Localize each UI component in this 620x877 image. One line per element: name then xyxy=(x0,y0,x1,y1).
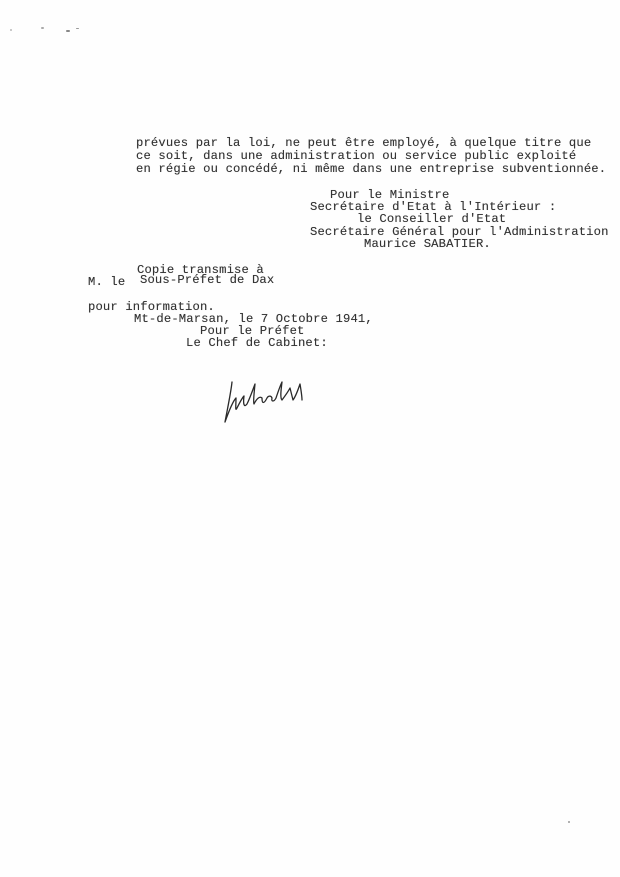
scan-speck xyxy=(41,27,44,29)
scan-speck xyxy=(568,821,570,823)
document-page: prévues par la loi, ne peut être employé… xyxy=(0,0,620,877)
ministry-line-3: le Conseiller d'Etat xyxy=(357,213,506,225)
recipient: Sous-Préfet de Dax xyxy=(140,274,274,286)
recipient-prefix: M. le xyxy=(88,276,125,288)
body-line-2: ce soit, dans une administration ou serv… xyxy=(136,150,576,162)
body-line-1: prévues par la loi, ne peut être employé… xyxy=(136,137,591,149)
scan-speck xyxy=(76,28,79,29)
body-line-3: en régie ou concédé, ni même dans une en… xyxy=(136,163,606,175)
handwritten-signature xyxy=(222,378,322,428)
signatory-name: Maurice SABATIER. xyxy=(364,238,491,250)
chief-of-staff-line: Le Chef de Cabinet: xyxy=(186,337,328,349)
scan-speck xyxy=(66,30,70,32)
scan-speck xyxy=(10,29,12,31)
